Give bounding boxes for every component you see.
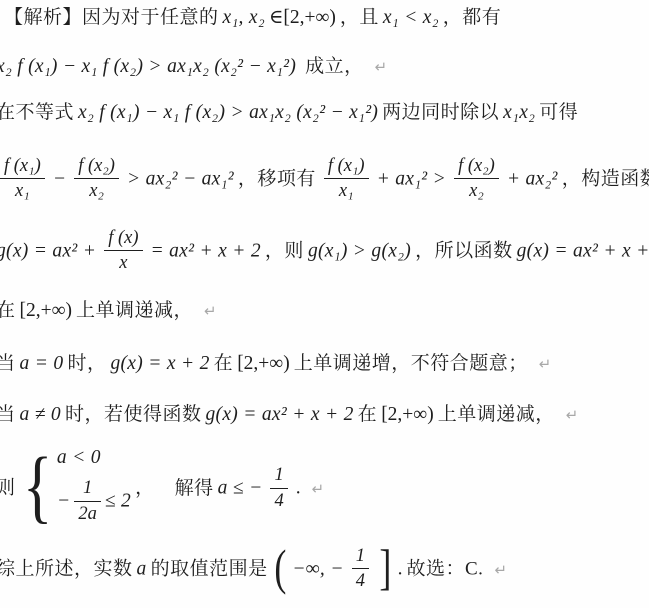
text-run: 两边同时除以	[382, 102, 499, 123]
return-mark-icon: ↵	[539, 355, 552, 373]
fraction: f (x₂)x₂	[74, 156, 119, 202]
return-mark-icon: ↵	[204, 302, 217, 320]
fraction-numerator: f (x₂)	[74, 156, 119, 179]
math-run: [2,+∞)	[381, 404, 434, 425]
text-run: 时，若使得函数	[65, 404, 202, 425]
text-run: 当	[0, 353, 16, 374]
fraction-numerator: 1	[74, 478, 101, 501]
fraction-numerator: f (x₁)	[324, 156, 369, 179]
solution-line-8: 当 a ≠ 0 时，若使得函数 g(x) = ax² + x + 2 在 [2,…	[0, 403, 578, 427]
interval-right-bracket: ]	[379, 547, 391, 587]
math-run: g(x₁) > g(x₂)	[308, 241, 411, 262]
fraction: 12a	[74, 478, 101, 524]
text-run: ，都有	[443, 7, 502, 28]
text-run: 上单调递减，	[76, 300, 193, 321]
math-run: a	[137, 559, 147, 580]
solution-line-2: x₂ f (x₁) − x₁ f (x₂) > ax₁x₂ (x₂² − x₁²…	[0, 55, 387, 79]
math-run: x₁ < x₂	[383, 7, 439, 28]
math-run: a = 0	[20, 353, 64, 374]
text-run: ，则	[265, 241, 304, 262]
solution-line-4: f (x₁)x₁ − f (x₂)x₂ > ax₂² − ax₁² ，移项有 f…	[0, 158, 649, 204]
text-run: 在	[0, 300, 16, 321]
math-run: −	[53, 169, 66, 190]
text-run: 上单调递增，不符合题意；	[294, 353, 528, 374]
text-run: 在	[214, 353, 234, 374]
math-run: g(x) = ax² + x + 2	[205, 404, 353, 425]
fraction-denominator: x	[104, 251, 142, 273]
fraction-numerator: 1	[270, 465, 287, 488]
fraction-numerator: f (x₂)	[454, 156, 499, 179]
solution-line-5: g(x) = ax² + f (x)x = ax² + x + 2 ，则 g(x…	[0, 230, 649, 276]
text-run: ，	[135, 478, 155, 499]
math-run: .	[398, 559, 403, 580]
analysis-heading-text: 【解析】因为对于任意的	[4, 7, 219, 28]
fraction-denominator: 4	[270, 489, 287, 511]
text-run: 综上所述，实数	[0, 559, 133, 580]
math-run: [2,+∞)	[20, 300, 73, 321]
text-run: 可得	[539, 102, 578, 123]
math-run: > ax₂² − ax₁²	[127, 169, 234, 190]
fraction-denominator: x₂	[74, 179, 119, 201]
solution-document: 【解析】因为对于任意的 x₁, x₂ ∈[2,+∞) ，且 x₁ < x₂ ，都…	[0, 0, 649, 608]
math-run: + ax₁² >	[377, 169, 447, 190]
math-run: .	[296, 478, 301, 499]
text-run: ，移项有	[238, 169, 316, 190]
math-run: ≤ 2	[105, 491, 131, 512]
math-run: x₂ f (x₁) − x₁ f (x₂) > ax₁x₂ (x₂² − x₁²…	[0, 56, 296, 77]
solution-line-7: 当 a = 0 时， g(x) = x + 2 在 [2,+∞) 上单调递增，不…	[0, 352, 551, 376]
math-run: −	[57, 491, 70, 512]
text-run: 在不等式	[0, 102, 74, 123]
math-run: [2,+∞)	[237, 353, 290, 374]
fraction-denominator: 4	[352, 569, 369, 591]
text-run: 当	[0, 404, 16, 425]
system-brace: {	[22, 449, 52, 523]
fraction: 14	[352, 546, 369, 592]
solution-line-9: 则{a < 0−12a≤ 2 ， 解得 a ≤ − 14 . ↵	[0, 450, 324, 530]
math-run: g(x) = x + 2	[110, 353, 209, 374]
return-mark-icon: ↵	[375, 58, 388, 76]
math-run: + ax₂²	[507, 169, 558, 190]
math-run: ∈[2,+∞)	[269, 7, 336, 28]
fraction: 14	[270, 465, 287, 511]
fraction-denominator: x₂	[454, 179, 499, 201]
math-run: −∞, −	[292, 559, 343, 580]
interval-left-paren: (	[274, 547, 286, 587]
math-run: x₂ f (x₁) − x₁ f (x₂) > ax₁x₂ (x₂² − x₁²…	[78, 102, 378, 123]
solution-line-3: 在不等式 x₂ f (x₁) − x₁ f (x₂) > ax₁x₂ (x₂² …	[0, 101, 578, 125]
math-run: x₁x₂	[503, 102, 535, 123]
text-run: ，构造函数	[562, 169, 649, 190]
text-run: ，所以函数	[415, 241, 513, 262]
math-run: = ax² + x + 2	[151, 241, 261, 262]
return-mark-icon: ↵	[566, 406, 579, 424]
solution-line-1: 【解析】因为对于任意的 x₁, x₂ ∈[2,+∞) ，且 x₁ < x₂ ，都…	[4, 6, 501, 30]
text-run: 上单调递减，	[438, 404, 555, 425]
return-mark-icon: ↵	[494, 561, 507, 579]
text-run: 故选：C.	[407, 559, 484, 580]
system-row: −12a≤ 2	[57, 480, 131, 526]
solution-line-10: 综上所述，实数 a 的取值范围是 ( −∞, − 14 ] . 故选：C. ↵	[0, 548, 507, 594]
math-run: g(x) = ax² + x + 2	[517, 241, 649, 262]
return-mark-icon: ↵	[312, 480, 325, 498]
math-run: a ≤ −	[218, 478, 263, 499]
text-run: 在	[358, 404, 378, 425]
math-run: a ≠ 0	[20, 404, 61, 425]
math-run: g(x) = ax² +	[0, 241, 96, 262]
text-run: 的取值范围是	[151, 559, 268, 580]
text-run: 解得	[175, 478, 214, 499]
fraction: f (x₁)x₁	[324, 156, 369, 202]
text-run: ，且	[340, 7, 379, 28]
fraction-denominator: 2a	[74, 502, 101, 524]
fraction-denominator: x₁	[0, 179, 45, 201]
text-run: 成立，	[305, 56, 364, 77]
math-run: x₁, x₂	[223, 7, 265, 28]
text-run: 则	[0, 478, 16, 499]
fraction-numerator: f (x₁)	[0, 156, 45, 179]
fraction: f (x)x	[104, 228, 142, 274]
fraction-numerator: 1	[352, 546, 369, 569]
solution-line-6: 在 [2,+∞) 上单调递减， ↵	[0, 299, 217, 323]
text-run: 时，	[67, 353, 106, 374]
inequality-system: a < 0−12a≤ 2	[57, 446, 131, 526]
fraction: f (x₂)x₂	[454, 156, 499, 202]
fraction-numerator: f (x)	[104, 228, 142, 251]
fraction: f (x₁)x₁	[0, 156, 45, 202]
system-row: a < 0	[57, 446, 101, 470]
fraction-denominator: x₁	[324, 179, 369, 201]
